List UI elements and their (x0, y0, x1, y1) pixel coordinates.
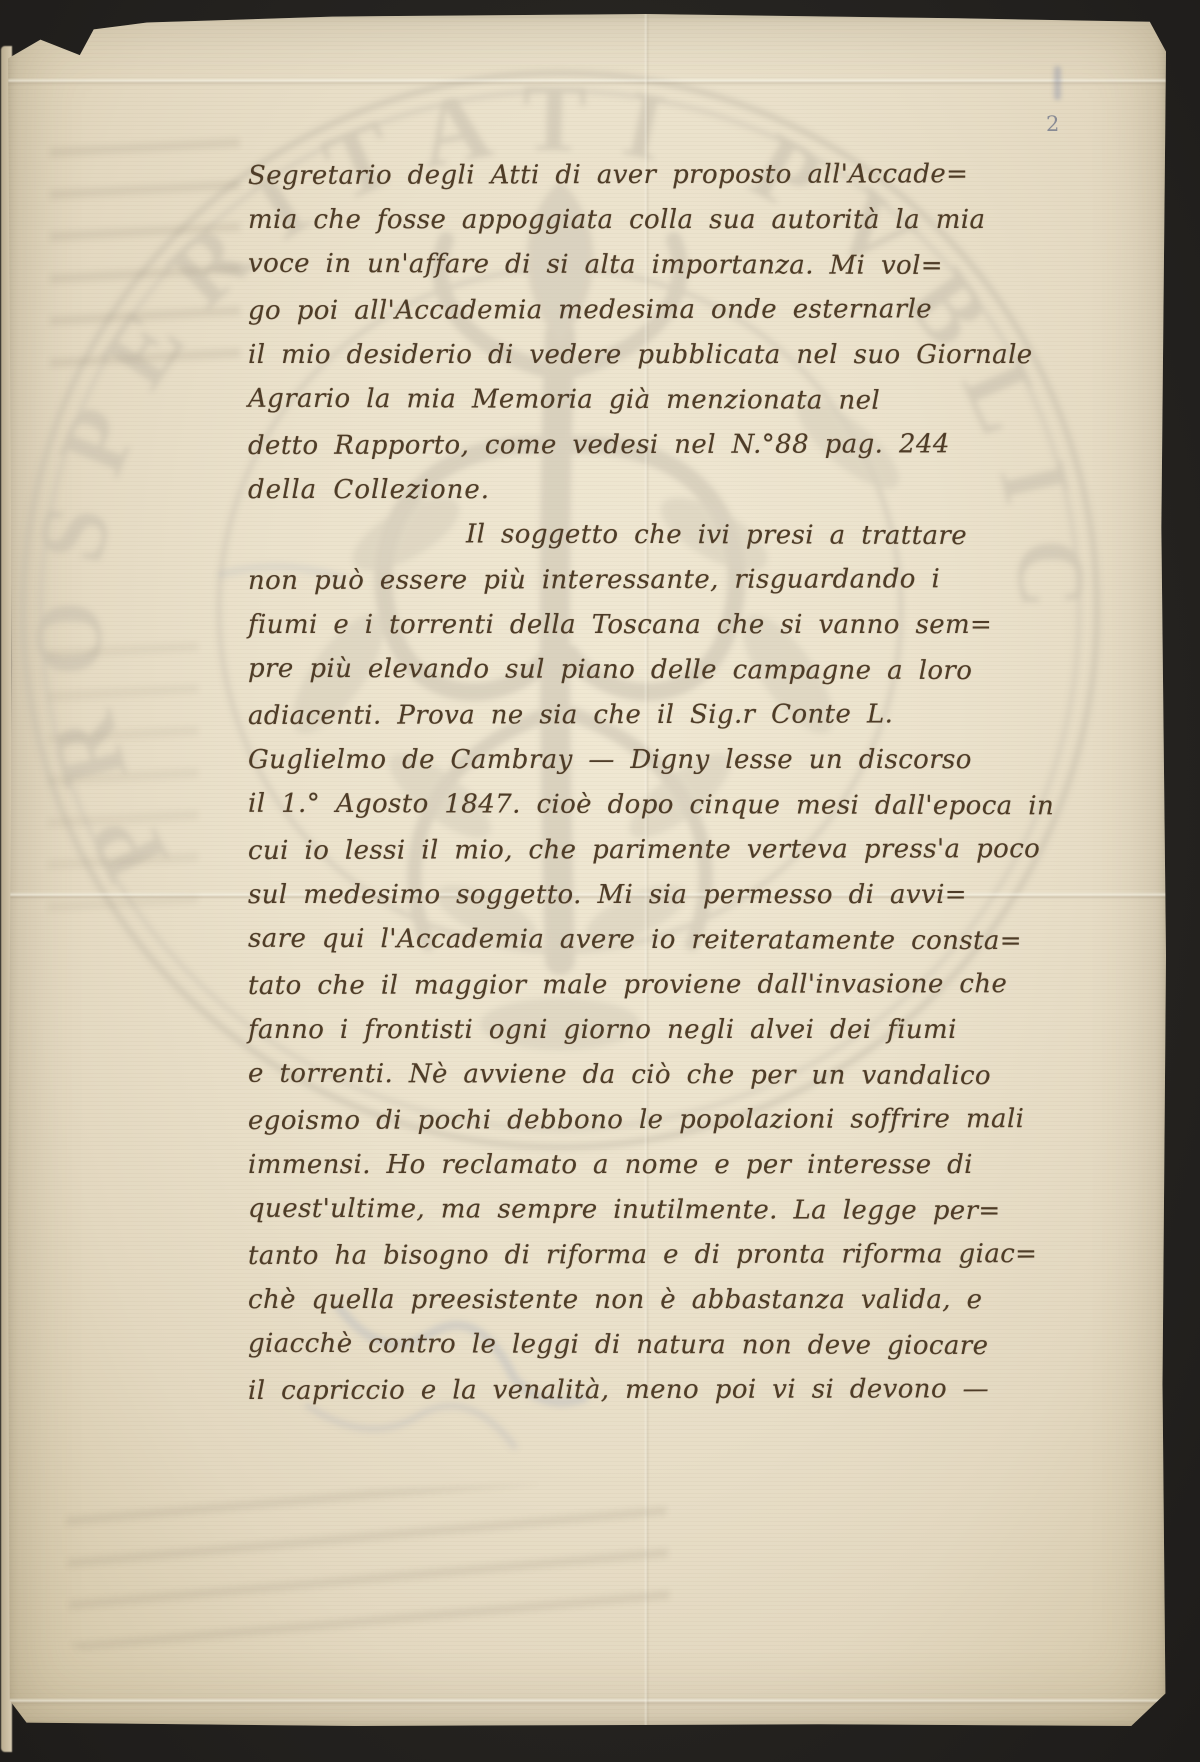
manuscript-line: voce in un'affare di si alta importanza.… (248, 249, 1048, 297)
manuscript-line: Il soggetto che ivi presi a trattare (248, 519, 1048, 567)
manuscript-line: il mio desiderio di vedere pubblicata ne… (248, 340, 1048, 385)
manuscript-line: quest'ultime, ma sempre inutilmente. La … (248, 1194, 1048, 1242)
manuscript-text: Segretario degli Atti di aver proposto a… (248, 160, 1048, 1420)
manuscript-line: cui io lessi il mio, che parimente verte… (248, 834, 1048, 881)
fold-crease (8, 78, 1166, 85)
page-number: 2 (1046, 112, 1060, 136)
scan-background: { "page": { "number": "2" }, "watermark"… (0, 0, 1200, 1762)
manuscript-line: sul medesimo soggetto. Mi sia permesso d… (248, 880, 1048, 925)
manuscript-line: adiacenti. Prova ne sia che il Sig.r Con… (248, 699, 1048, 746)
manuscript-line: chè quella preesistente non è abbastanza… (248, 1285, 1048, 1330)
ink-bleed-smudge (48, 634, 198, 934)
manuscript-line: Guglielmo de Cambray — Digny lesse un di… (248, 745, 1048, 790)
manuscript-line: tanto ha bisogno di riforma e di pronta … (248, 1239, 1048, 1286)
manuscript-line: fanno i frontisti ogni giorno negli alve… (248, 1015, 1048, 1060)
ink-bleed-smudge (50, 132, 240, 382)
ink-bleed-smudge (66, 1480, 671, 1651)
manuscript-line: Segretario degli Atti di aver proposto a… (248, 159, 1048, 206)
manuscript-page: PROSPERITATI PVBLIC (8, 14, 1166, 1726)
manuscript-line: mia che fosse appoggiata colla sua autor… (248, 205, 1048, 250)
manuscript-line: non può essere più interessante, risguar… (248, 564, 1048, 611)
manuscript-line: e torrenti. Nè avviene da ciò che per un… (248, 1059, 1048, 1107)
manuscript-line: giacchè contro le leggi di natura non de… (248, 1329, 1048, 1377)
manuscript-line: fiumi e i torrenti della Toscana che si … (248, 610, 1048, 655)
manuscript-line: della Collezione. (248, 475, 1048, 520)
blue-ink-mark (1054, 66, 1061, 100)
manuscript-line: Agrario la mia Memoria già menzionata ne… (248, 384, 1048, 432)
manuscript-line: il capriccio e la venalità, meno poi vi … (248, 1374, 1048, 1421)
manuscript-line: egoismo di pochi debbono le popolazioni … (248, 1104, 1048, 1151)
manuscript-line: go poi all'Accademia medesima onde ester… (248, 294, 1048, 341)
manuscript-line: sare qui l'Accademia avere io reiteratam… (248, 924, 1048, 972)
manuscript-line: detto Rapporto, come vedesi nel N.°88 pa… (248, 429, 1048, 476)
manuscript-line: pre più elevando sul piano delle campagn… (248, 654, 1048, 702)
manuscript-line: tato che il maggior male proviene dall'i… (248, 969, 1048, 1016)
manuscript-line: immensi. Ho reclamato a nome e per inter… (248, 1150, 1048, 1195)
manuscript-line: il 1.° Agosto 1847. cioè dopo cinque mes… (248, 789, 1048, 837)
fold-crease (8, 1698, 1166, 1705)
